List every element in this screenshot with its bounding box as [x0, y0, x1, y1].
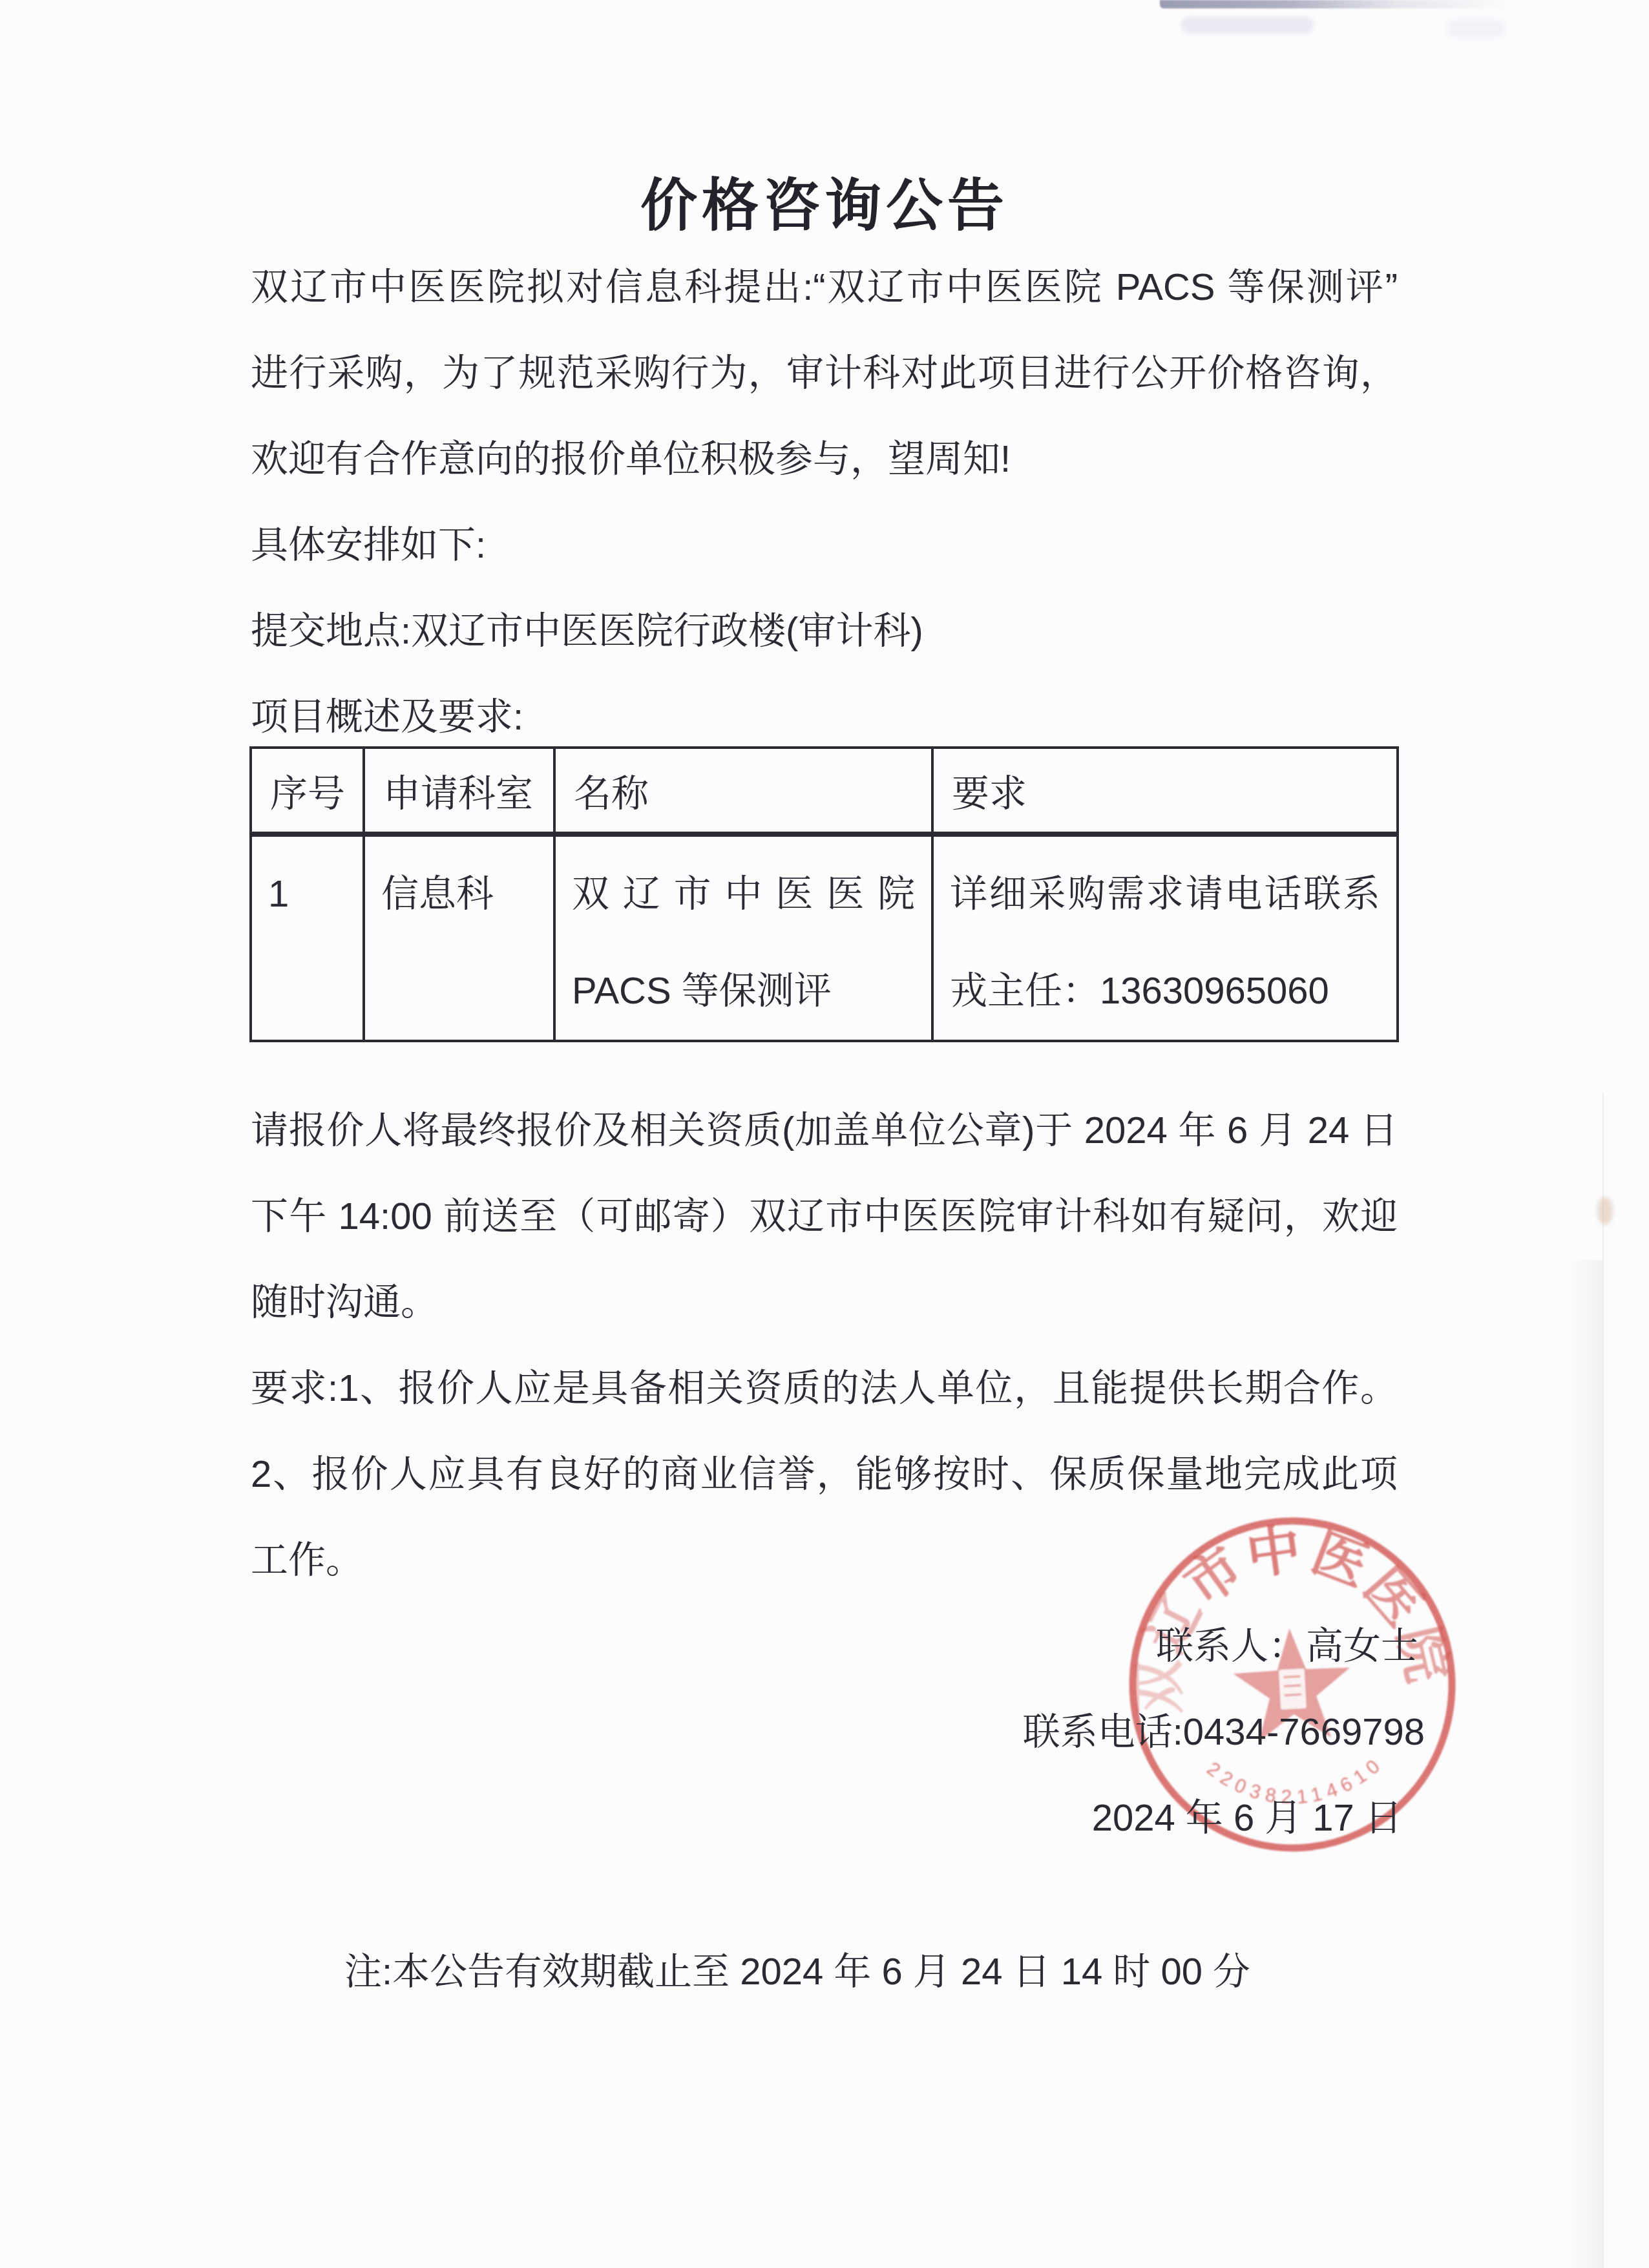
requirement2-line-1: 2、报价人应具有良好的商业信誉，能够按时、保质保量地完成此项 — [251, 1431, 1398, 1517]
cell-requirement-line-2: 戎主任：13630965060 — [950, 943, 1380, 1040]
scan-artifact-bleedthrough-2 — [1447, 19, 1506, 37]
intro-line-2: 进行采购，为了规范采购行为，审计科对此项目进行公开价格咨询， — [251, 330, 1398, 416]
cell-requirement: 详细采购需求请电话联系 戎主任：13630965060 — [932, 834, 1398, 1041]
submission-section: 请报价人将最终报价及相关资质(加盖单位公章)于 2024 年 6 月 24 日 … — [251, 1087, 1398, 1345]
arrangement-heading: 具体安排如下: — [251, 502, 1398, 588]
validity-note: 注:本公告有效期截止至 2024 年 6 月 24 日 14 时 00 分 — [0, 1929, 1622, 2015]
cell-seq: 1 — [251, 834, 364, 1041]
table-row: 1 信息科 双辽市中医医院 PACS 等保测评 详细采购需求请电话联系 戎主任：… — [251, 834, 1398, 1041]
header-department: 申请科室 — [364, 748, 554, 834]
document-date: 2024 年 6 月 17 日 — [1023, 1775, 1425, 1861]
cell-name-line-2: PACS 等保测评 — [572, 943, 915, 1040]
cell-name: 双辽市中医医院 PACS 等保测评 — [554, 834, 932, 1041]
requirement2-section: 2、报价人应具有良好的商业信誉，能够按时、保质保量地完成此项 工作。 — [251, 1431, 1398, 1603]
header-seq: 序号 — [251, 748, 364, 834]
contact-phone: 联系电话:0434-7669798 — [1023, 1689, 1425, 1775]
contact-person: 联系人：高女士 — [1023, 1603, 1425, 1689]
header-requirement: 要求 — [932, 748, 1398, 834]
scan-artifact-edge-shadow — [1569, 1260, 1602, 2268]
requirement1-section: 要求:1、报价人应是具备相关资质的法人单位，且能提供长期合作。 — [251, 1345, 1398, 1431]
scan-artifact-bleedthrough — [1181, 17, 1314, 34]
intro-line-3: 欢迎有合作意向的报价单位积极参与，望周知! — [251, 416, 1398, 502]
cell-requirement-line-1: 详细采购需求请电话联系 — [950, 846, 1380, 943]
document-title: 价格咨询公告 — [0, 167, 1649, 244]
submission-line-3: 随时沟通。 — [251, 1259, 1398, 1345]
cell-department: 信息科 — [364, 834, 554, 1041]
cell-name-line-1: 双辽市中医医院 — [572, 846, 915, 943]
intro-section: 双辽市中医医院拟对信息科提出:“双辽市中医医院 PACS 等保测评” 进行采购，… — [251, 244, 1398, 760]
scan-artifact-edge-crease — [1602, 1092, 1604, 2268]
table-header-row: 序号 申请科室 名称 要求 — [251, 748, 1398, 834]
scan-artifact-edge-smudge — [1597, 1197, 1613, 1225]
requirement2-line-2: 工作。 — [251, 1517, 1398, 1603]
requirement1-line-1: 要求:1、报价人应是具备相关资质的法人单位，且能提供长期合作。 — [251, 1345, 1398, 1431]
project-spec-table: 序号 申请科室 名称 要求 1 信息科 双辽市中医医院 PACS 等保测评 详细… — [249, 746, 1399, 1042]
scanned-document-page: 价格咨询公告 双辽市中医医院拟对信息科提出:“双辽市中医医院 PACS 等保测评… — [0, 0, 1649, 2268]
intro-line-1: 双辽市中医医院拟对信息科提出:“双辽市中医医院 PACS 等保测评” — [251, 244, 1398, 330]
submission-line-2: 下午 14:00 前送至（可邮寄）双辽市中医医院审计科如有疑问，欢迎 — [251, 1173, 1398, 1259]
scan-artifact-top-streak — [1160, 0, 1509, 8]
contact-section: 联系人：高女士 联系电话:0434-7669798 2024 年 6 月 17 … — [1023, 1603, 1425, 1861]
submission-line-1: 请报价人将最终报价及相关资质(加盖单位公章)于 2024 年 6 月 24 日 — [251, 1087, 1398, 1173]
submit-location-line: 提交地点:双辽市中医医院行政楼(审计科) — [251, 588, 1398, 674]
header-name: 名称 — [554, 748, 932, 834]
